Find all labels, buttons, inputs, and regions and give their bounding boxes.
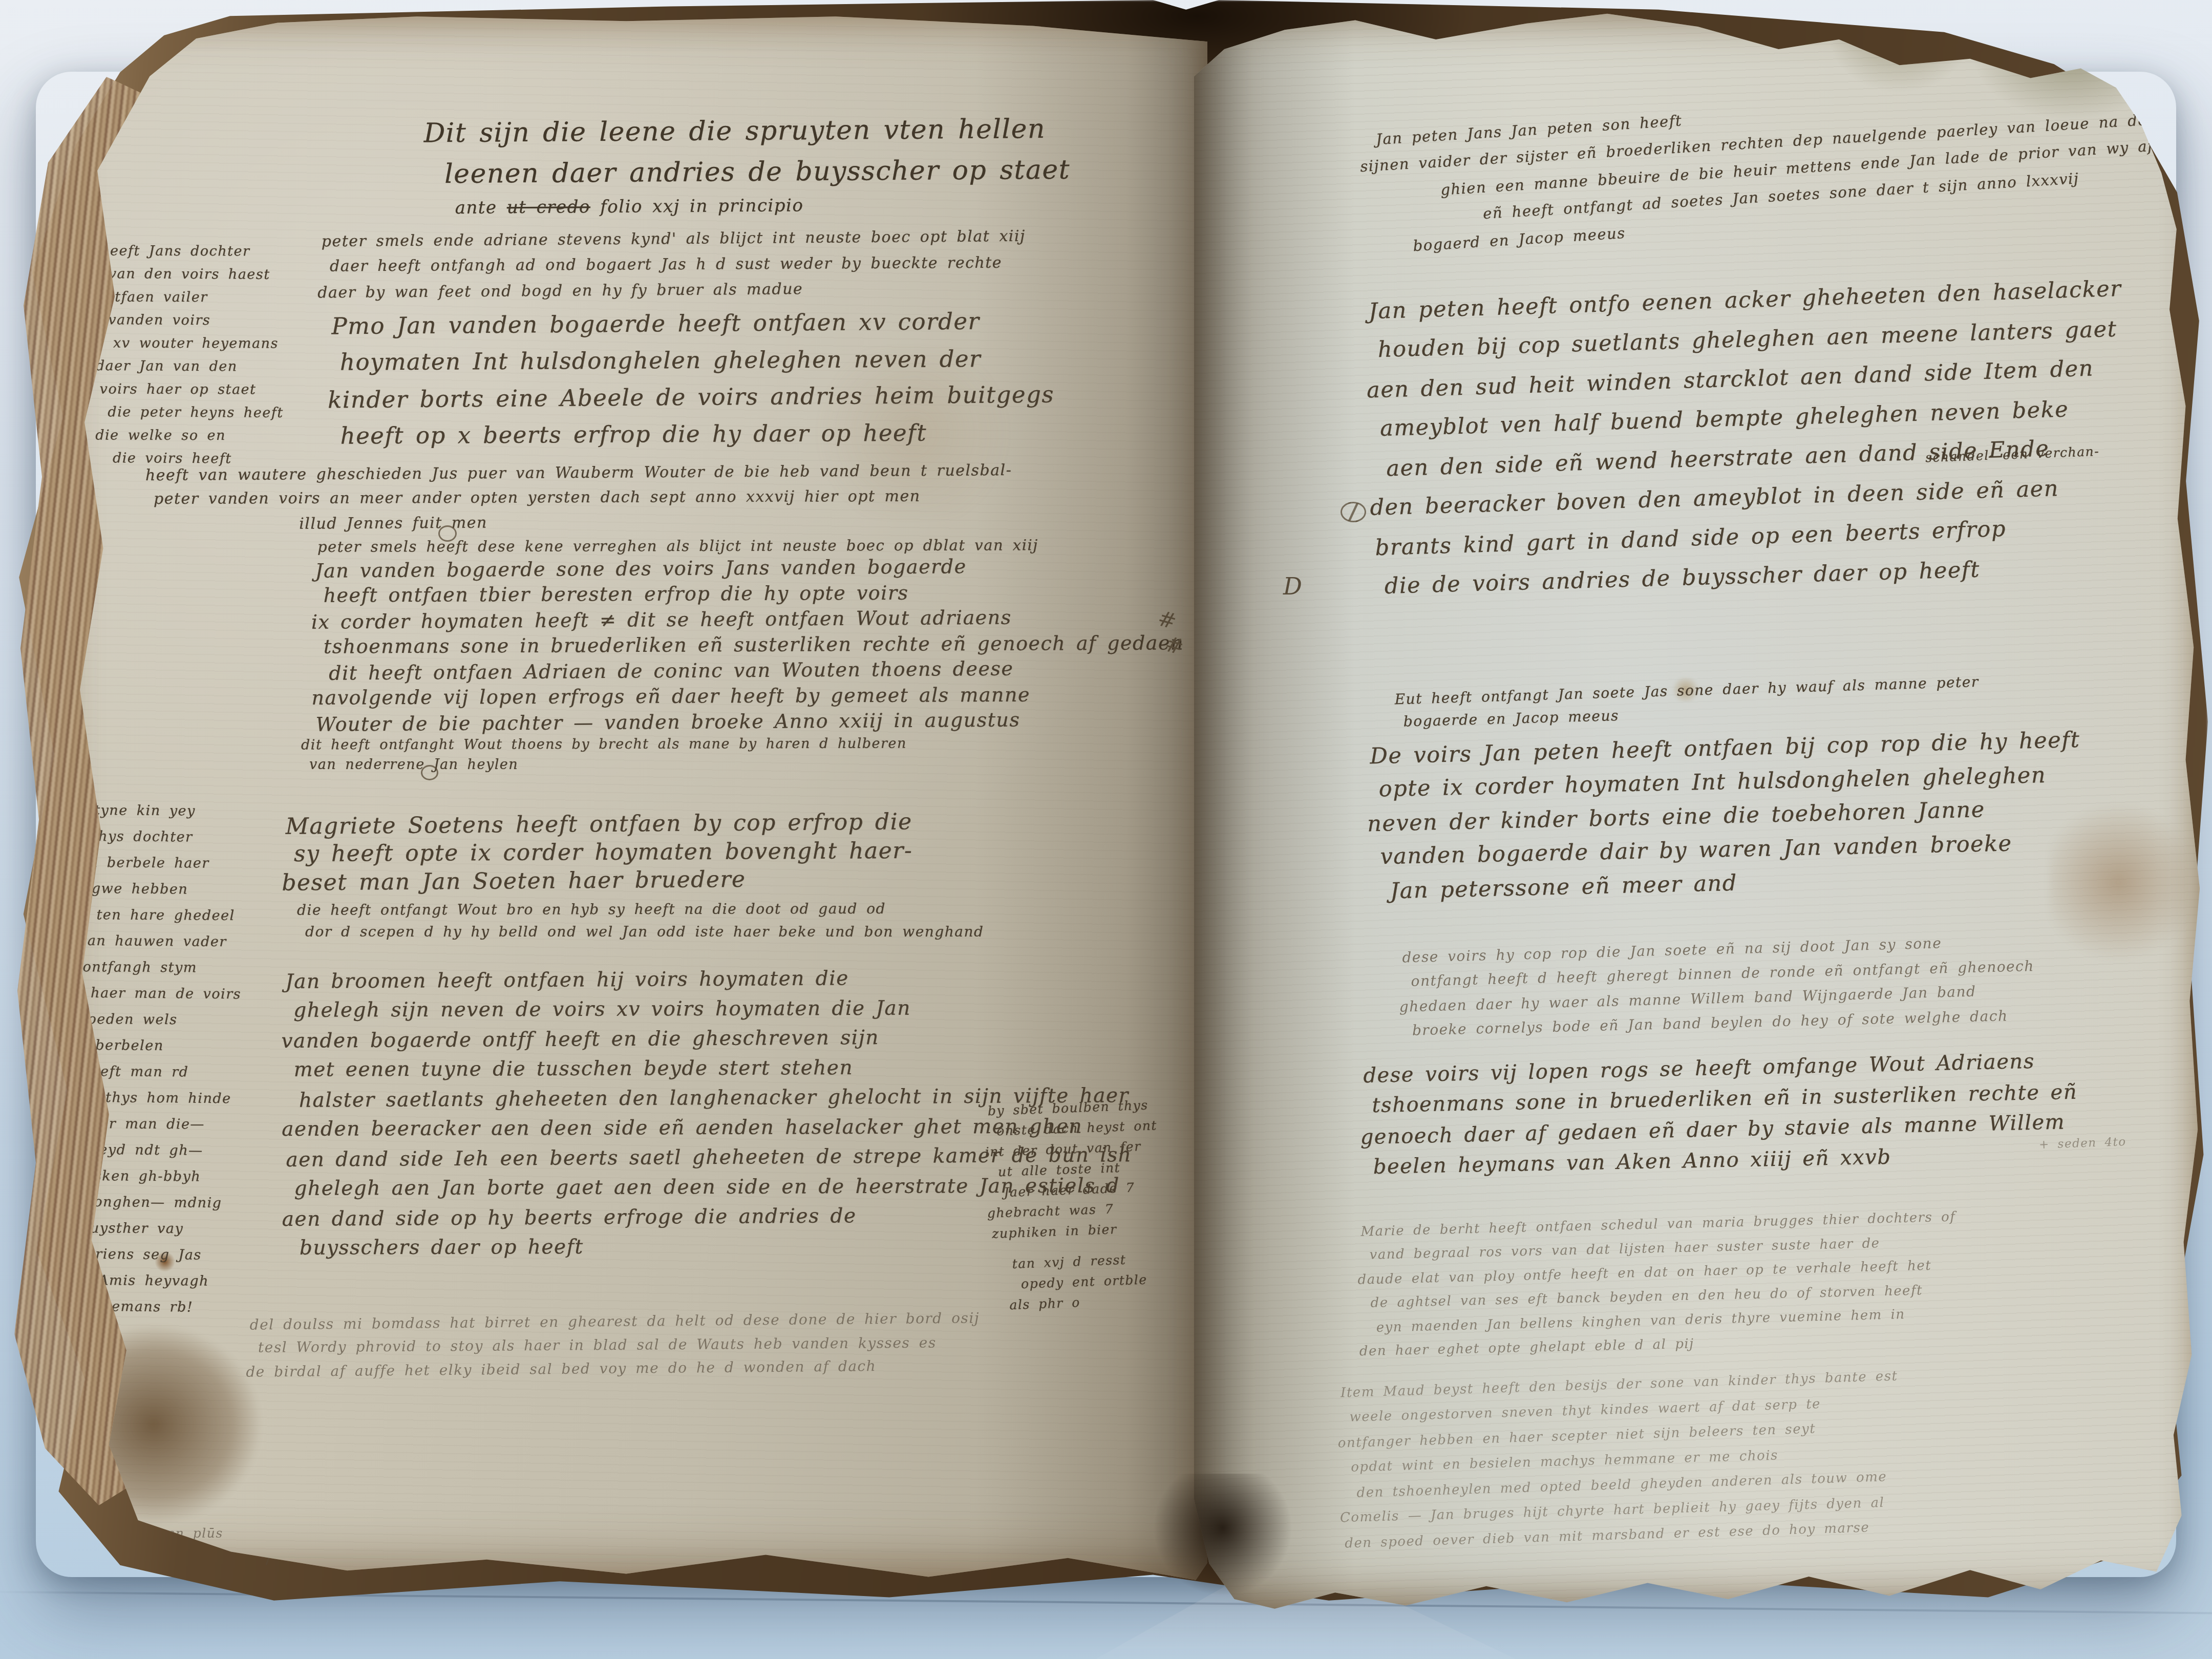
right-entry-3-note: Eut heeft ontfangt Jan soete Jas sone da… bbox=[1394, 671, 1980, 733]
handwritten-line: berbelen bbox=[95, 1032, 241, 1059]
handwritten-line: die voirs heeft bbox=[113, 446, 283, 471]
right-entry-2: Jan peten heeft ontfo eenen acker ghehee… bbox=[1368, 270, 2130, 607]
struck-words: ut credo bbox=[507, 197, 590, 218]
handwritten-line: daer by wan feet ond bogd en hy fy bruer… bbox=[317, 275, 1026, 306]
handwritten-line: ontfaen vailer bbox=[96, 285, 284, 309]
handwritten-line: beyd ndt gh— bbox=[89, 1137, 240, 1164]
handwritten-line: daer heeft ontfangh ad ond bogaert Jas h… bbox=[330, 250, 1026, 279]
handwritten-line: jonghen— mdnig bbox=[89, 1189, 239, 1217]
left-entry-1: peter smels ende adriane stevens kynd' a… bbox=[322, 224, 1026, 305]
circle-mark-upper bbox=[438, 525, 457, 542]
right-entry-4: De voirs Jan peten heeft ontfaen bij cop… bbox=[1370, 724, 2083, 908]
left-margin-note-upper: heeft Jans dochtervan den voirs haestont… bbox=[99, 239, 285, 471]
handwritten-line: daer Jan van den bbox=[96, 354, 284, 378]
left-page: Dit sijn die leene die spruyten vten hel… bbox=[45, 13, 1207, 1586]
handwritten-line: ontfangh stym bbox=[82, 954, 241, 981]
handwritten-line: Wouter de bie pachter — vanden broeke An… bbox=[316, 706, 1184, 737]
handwritten-line: sy heeft opte ix corder hoymaten bovengh… bbox=[294, 837, 912, 868]
right-entry-6-mark: + seden 4to bbox=[2039, 1135, 2126, 1152]
handwritten-line: Pmo Jan vanden bogaerde heeft ontfaen xv… bbox=[331, 303, 1054, 345]
handwritten-line: Magriete Soetens heeft ontfaen by cop er… bbox=[286, 807, 913, 840]
right-page: Jan peten Jans Jan peten son heeftsijnen… bbox=[1194, 4, 2202, 1612]
left-entry-6: del doulss mi bomdass hat birret en ghea… bbox=[250, 1307, 980, 1383]
handwritten-line: van hauwen vader bbox=[79, 928, 242, 955]
handwritten-line: van nederrene Jan heylen bbox=[309, 755, 907, 775]
left-entry-3-note2: dit heeft ontfanght Wout thoens by brech… bbox=[301, 734, 907, 775]
handwritten-line: peter smels ende adriane stevens kynd' a… bbox=[322, 224, 1026, 255]
handwritten-line: ghelegh sijn neven de voirs xv voirs hoy… bbox=[293, 993, 1131, 1026]
right-entry-8: Item Maud beyst heeft den besijs der son… bbox=[1340, 1365, 1902, 1556]
handwritten-line: eñ berbele haer bbox=[79, 849, 242, 877]
heading-line-2: leenen daer andries de buysscher op stae… bbox=[444, 150, 1070, 195]
left-entry-2-note: heeft van wautere gheschieden Jus puer v… bbox=[145, 459, 1012, 536]
handwritten-line: vanden voirs bbox=[108, 308, 284, 332]
crossed-circle-mark bbox=[1341, 502, 1366, 522]
right-entry-6: dese voirs vij lopen rogs se heeft omfan… bbox=[1363, 1046, 2079, 1183]
handwritten-line: voirs haer op staet bbox=[100, 377, 284, 401]
handwritten-line: die welke so en bbox=[95, 423, 283, 447]
heading-note: ante ut credo folio xxj in principio bbox=[455, 190, 1070, 221]
paraph-mark: D bbox=[1283, 572, 1302, 600]
handwritten-line: Jan broomen heeft ontfaen hij voirs hoym… bbox=[285, 962, 1131, 997]
handwritten-line: puysther vay bbox=[80, 1215, 239, 1242]
handwritten-line: heeft man rd bbox=[82, 1058, 241, 1086]
handwritten-line: dit heeft ontfanght Wout thoens by brech… bbox=[301, 734, 907, 756]
handwritten-line: sken gh-bbyh bbox=[94, 1163, 240, 1190]
handwritten-line: goeden wels bbox=[78, 1006, 241, 1033]
handwritten-line: illud Jennes fuit men bbox=[299, 507, 1012, 536]
handwritten-line: Styne kin yey bbox=[84, 797, 243, 824]
handwritten-line: hoymaten Int hulsdonghelen gheleghen nev… bbox=[340, 340, 1054, 380]
circle-mark-lower bbox=[421, 765, 438, 780]
handwritten-line: haer man de voirs bbox=[91, 980, 241, 1008]
handwritten-line: vanden bogaerde ontff heeft en die ghesc… bbox=[281, 1022, 1131, 1056]
right-entry-5-note: dese voirs hy cop rop die Jan soete eñ n… bbox=[1402, 929, 2036, 1043]
heading-line-1: Dit sijn die leene die spruyten vten hel… bbox=[423, 109, 1070, 154]
handwritten-line: duriens seg Jas bbox=[76, 1241, 239, 1269]
left-entry-5-inset2: tan xvj d resstopedy ent ortbleals phr o bbox=[1012, 1249, 1148, 1315]
right-entry-7: Marie de berht heeft ontfaen schedul van… bbox=[1360, 1206, 1959, 1364]
handwritten-line: thys dochter bbox=[92, 823, 243, 851]
manuscript-photo: Dit sijn die leene die spruyten vten hel… bbox=[0, 0, 2212, 1659]
left-entry-3: Jan vanden bogaerde sone des voirs Jans … bbox=[315, 553, 1184, 736]
handwritten-line: dor d scepen d hy hy belld ond wel Jan o… bbox=[305, 921, 984, 943]
handwritten-line: van den voirs haest bbox=[109, 262, 284, 286]
handwritten-line: ten hare ghedeel bbox=[96, 902, 242, 929]
handwritten-line: heeft op x beerts erfrop die hy daer op … bbox=[340, 414, 1054, 454]
left-margin-note-mid: Styne kin yeythys dochtereñ berbele haer… bbox=[80, 797, 243, 1321]
handwritten-line: gwe hebben bbox=[92, 876, 242, 903]
handwritten-line: die peter heyns heeft bbox=[108, 400, 283, 424]
handwritten-line: met eenen tuyne die tusschen beyde stert… bbox=[294, 1052, 1132, 1085]
handwritten-line: peter vanden voirs an meer ander opten y… bbox=[154, 484, 1012, 512]
handwritten-line: xv wouter heyemans bbox=[113, 332, 284, 355]
left-entry-4: Magriete Soetens heeft ontfaen by cop er… bbox=[286, 809, 913, 896]
handwritten-line: beset man Jan Soeten haer bruedere bbox=[282, 864, 913, 897]
right-entry-1: Jan peten Jans Jan peten son heeftsijnen… bbox=[1375, 76, 2212, 261]
left-entry-2: Pmo Jan vanden bogaerde heeft ontfaen xv… bbox=[331, 303, 1054, 454]
handwritten-line: heeft Jans dochter bbox=[100, 240, 284, 263]
handwritten-line: die heeft ontfangt Wout bro en hyb sy he… bbox=[297, 897, 984, 921]
left-entry-5-inset: by sbet boulben thysonste dach heyst ont… bbox=[987, 1095, 1161, 1244]
left-page-heading: Dit sijn die leene die spruyten vten hel… bbox=[423, 109, 1070, 222]
handwritten-line: kinder borts eine Abeele de voirs andrie… bbox=[328, 376, 1054, 419]
left-entry-4-note: die heeft ontfangt Wout bro en hyb sy he… bbox=[297, 898, 984, 943]
